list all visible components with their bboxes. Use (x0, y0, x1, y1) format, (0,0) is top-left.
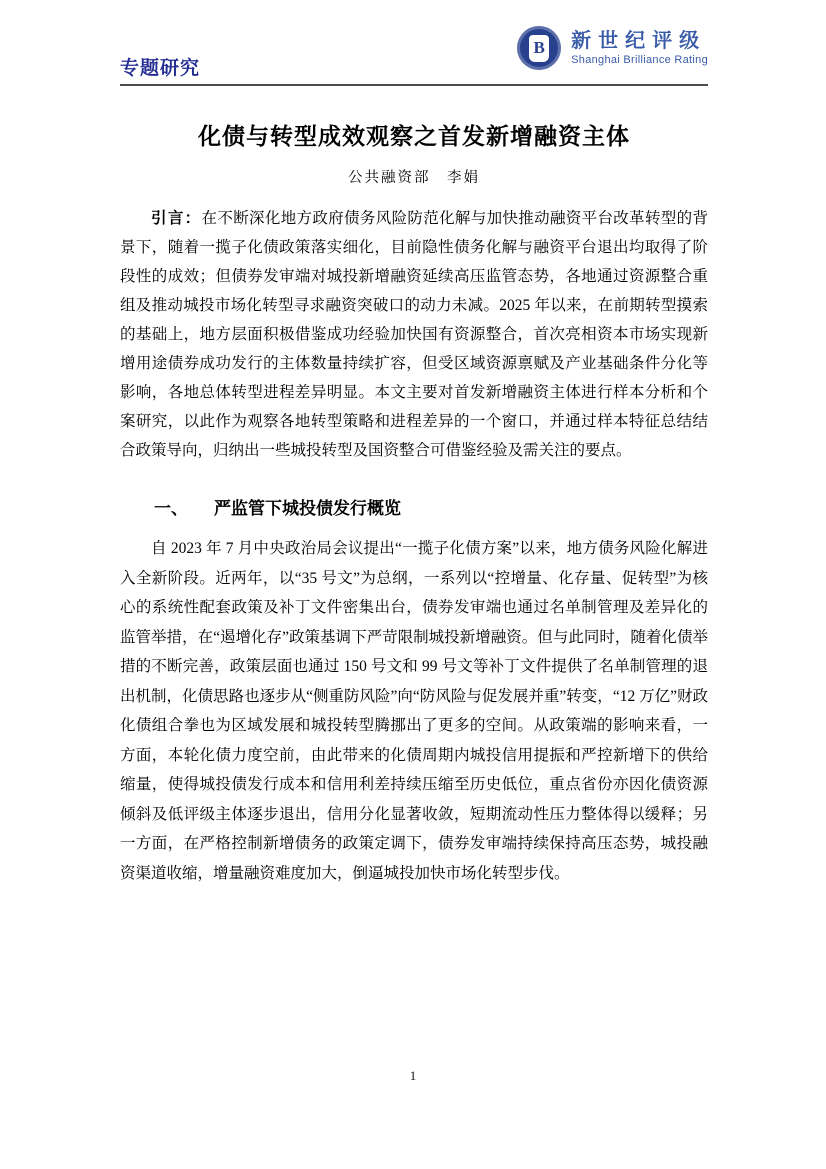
brand: B 新世纪评级 Shanghai Brilliance Rating (517, 26, 708, 70)
logo-letter: B (534, 38, 545, 58)
body-paragraph: 自 2023 年 7 月中央政治局会议提出“一揽子化债方案”以来，地方债务风险化… (120, 534, 708, 888)
section-number: 一、 (154, 499, 188, 518)
section-heading: 一、严监管下城投债发行概览 (120, 494, 708, 519)
page-content: 专题研究 B 新世纪评级 Shanghai Brilliance Rating … (0, 0, 826, 888)
brand-text: 新世纪评级 Shanghai Brilliance Rating (571, 30, 708, 67)
brand-name-en: Shanghai Brilliance Rating (571, 53, 708, 67)
brand-name-cn: 新世纪评级 (571, 30, 708, 52)
intro-text: 在不断深化地方政府债务风险防范化解与加快推动融资平台改革转型的背景下，随着一揽子… (120, 210, 708, 459)
intro-label: 引言： (151, 210, 202, 227)
section-title: 严监管下城投债发行概览 (214, 499, 401, 518)
header-rule (120, 84, 708, 86)
page-number: 1 (0, 1069, 826, 1084)
intro-paragraph: 引言：在不断深化地方政府债务风险防范化解与加快推动融资平台改革转型的背景下，随着… (120, 204, 708, 465)
page-header: 专题研究 B 新世纪评级 Shanghai Brilliance Rating (120, 0, 708, 86)
category-label: 专题研究 (120, 53, 200, 80)
document-page: 专题研究 B 新世纪评级 Shanghai Brilliance Rating … (0, 0, 826, 1169)
doc-title: 化债与转型成效观察之首发新增融资主体 (120, 118, 708, 151)
logo-emblem: B (529, 35, 549, 62)
byline: 公共融资部 李娟 (120, 166, 708, 187)
brand-logo-icon: B (517, 26, 561, 70)
